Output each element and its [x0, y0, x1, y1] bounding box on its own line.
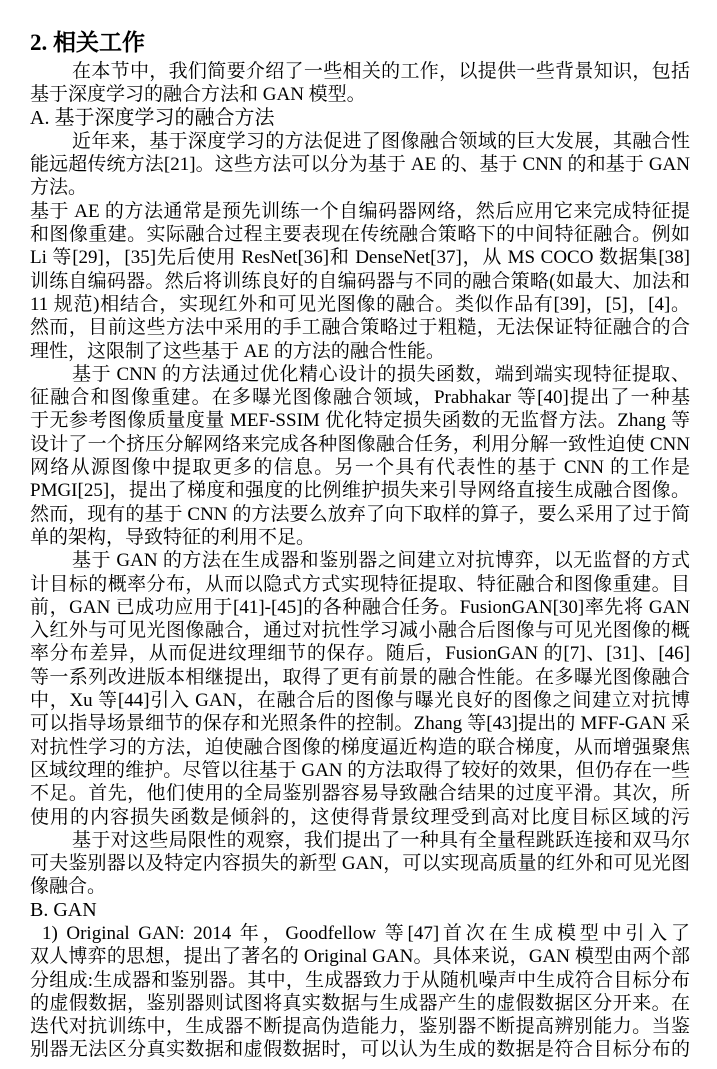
subsection-heading: B. GAN	[30, 899, 690, 922]
subsection-heading: A. 基于深度学习的融合方法	[30, 107, 690, 130]
text-line: 理性，这限制了这些基于 AE 的方法的融合性能。	[30, 340, 690, 363]
text-line: 设计了一个挤压分解网络来完成各种图像融合任务，利用分解一致性迫使 CNN	[30, 433, 690, 456]
text-line: 1) Original GAN: 2014 年，Goodfellow 等[47]…	[30, 922, 690, 945]
text-line: 方法。	[30, 176, 690, 199]
text-line: 使用的内容损失函数是倾斜的，这使得背景纹理受到高对比度目标区域的污染。	[30, 806, 690, 829]
text-line: 双人博弈的思想，提出了著名的 Original GAN。具体来说，GAN 模型由…	[30, 945, 690, 968]
page: { "page": { "background_color": "#ffffff…	[0, 0, 717, 1069]
text-line: 然而，目前这些方法中采用的手工融合策略过于粗糙，无法保证特征融合的合	[30, 316, 690, 339]
text-line: 迭代对抗训练中，生成器不断提高伪造能力，鉴别器不断提高辨别能力。当鉴	[30, 1015, 690, 1038]
text-line: 网络从源图像中提取更多的信息。另一个具有代表性的基于 CNN 的工作是	[30, 456, 690, 479]
text-line: 像融合。	[30, 875, 690, 898]
text-line: 然而，现有的基于 CNN 的方法要么放弃了向下取样的算子，要么采用了过于简	[30, 503, 690, 526]
text-line: 基于深度学习的融合方法和 GAN 模型。	[30, 83, 690, 106]
text-line: 基于对这些局限性的观察，我们提出了一种具有全量程跳跃连接和双马尔	[30, 829, 690, 852]
text-line: 可夫鉴别器以及特定内容损失的新型 GAN，可以实现高质量的红外和可见光图	[30, 852, 690, 875]
paragraph: 近年来，基于深度学习的方法促进了图像融合领域的巨大发展，其融合性能远超传统方法[…	[30, 130, 690, 200]
text-line: 中，Xu 等[44]引入 GAN，在融合后的图像与曝光良好的图像之间建立对抗博弈…	[30, 689, 690, 712]
text-line: 率分布差异，从而促进纹理细节的保存。随后，FusionGAN 的[7]、[31]…	[30, 642, 690, 665]
text-line: 不足。首先，他们使用的全局鉴别器容易导致融合结果的过度平滑。其次，所	[30, 782, 690, 805]
text-line: 11 规范)相结合，实现红外和可见光图像的融合。类似作品有[39]，[5]，[4…	[30, 293, 690, 316]
paragraph: 基于 GAN 的方法在生成器和鉴别器之间建立对抗博弈，以无监督的方式估计目标的概…	[30, 549, 690, 829]
section-heading: 2. 相关工作	[30, 25, 690, 60]
text-line: 对抗性学习的方法，迫使融合图像的梯度逼近构造的联合梯度，从而增强聚焦	[30, 736, 690, 759]
document-content: 2. 相关工作在本节中，我们简要介绍了一些相关的工作，以提供一些背景知识，包括基…	[30, 25, 690, 1062]
text-line: 区域纹理的维护。尽管以往基于 GAN 的方法取得了较好的效果，但仍存在一些	[30, 759, 690, 782]
text-line: 基于 AE 的方法通常是预先训练一个自编码器网络，然后应用它来完成特征提取	[30, 200, 690, 223]
text-line: 单的架构，导致特征的利用不足。	[30, 526, 690, 549]
paragraph: 在本节中，我们简要介绍了一些相关的工作，以提供一些背景知识，包括基于深度学习的融…	[30, 60, 690, 107]
text-line: 训练自编码器。然后将训练良好的自编码器与不同的融合策略(如最大、加法和	[30, 270, 690, 293]
text-line: 于无参考图像质量度量 MEF-SSIM 优化特定损失函数的无监督方法。Zhang…	[30, 409, 690, 432]
text-line: 等一系列改进版本相继提出，取得了更有前景的融合性能。在多曝光图像融合	[30, 666, 690, 689]
text-line: 基于 GAN 的方法在生成器和鉴别器之间建立对抗博弈，以无监督的方式估	[30, 549, 690, 572]
text-line: 计目标的概率分布，从而以隐式方式实现特征提取、特征融合和图像重建。目	[30, 573, 690, 596]
paragraph: 基于 CNN 的方法通过优化精心设计的损失函数，端到端实现特征提取、特征融合和图…	[30, 363, 690, 549]
text-line: 基于 CNN 的方法通过优化精心设计的损失函数，端到端实现特征提取、特	[30, 363, 690, 386]
text-line: 可以指导场景细节的保存和光照条件的控制。Zhang 等[43]提出的 MFF-G…	[30, 712, 690, 735]
text-line: 能远超传统方法[21]。这些方法可以分为基于 AE 的、基于 CNN 的和基于 …	[30, 153, 690, 176]
text-line: 入红外与可见光图像融合，通过对抗性学习减小融合后图像与可见光图像的概	[30, 619, 690, 642]
paragraph: 基于 AE 的方法通常是预先训练一个自编码器网络，然后应用它来完成特征提取和图像…	[30, 200, 690, 363]
text-line: 的虚假数据，鉴别器则试图将真实数据与生成器产生的虚假数据区分开来。在	[30, 992, 690, 1015]
text-line: 和图像重建。实际融合过程主要表现在传统融合策略下的中间特征融合。例如	[30, 223, 690, 246]
text-line: PMGI[25]，提出了梯度和强度的比例维护损失来引导网络直接生成融合图像。	[30, 479, 690, 502]
text-line: 征融合和图像重建。在多曝光图像融合领域，Prabhakar 等[40]提出了一种…	[30, 386, 690, 409]
text-line: Li 等[29]，[35]先后使用 ResNet[36]和 DenseNet[3…	[30, 246, 690, 269]
text-line: 前，GAN 已成功应用于[41]-[45]的各种融合任务。FusionGAN[3…	[30, 596, 690, 619]
text-line: 近年来，基于深度学习的方法促进了图像融合领域的巨大发展，其融合性	[30, 130, 690, 153]
text-line: 在本节中，我们简要介绍了一些相关的工作，以提供一些背景知识，包括	[30, 60, 690, 83]
text-line: 分组成:生成器和鉴别器。其中，生成器致力于从随机噪声中生成符合目标分布	[30, 969, 690, 992]
text-line: 别器无法区分真实数据和虚假数据时，可以认为生成的数据是符合目标分布的	[30, 1038, 690, 1061]
paragraph: 基于对这些局限性的观察，我们提出了一种具有全量程跳跃连接和双马尔可夫鉴别器以及特…	[30, 829, 690, 899]
paragraph: 1) Original GAN: 2014 年，Goodfellow 等[47]…	[30, 922, 690, 1062]
